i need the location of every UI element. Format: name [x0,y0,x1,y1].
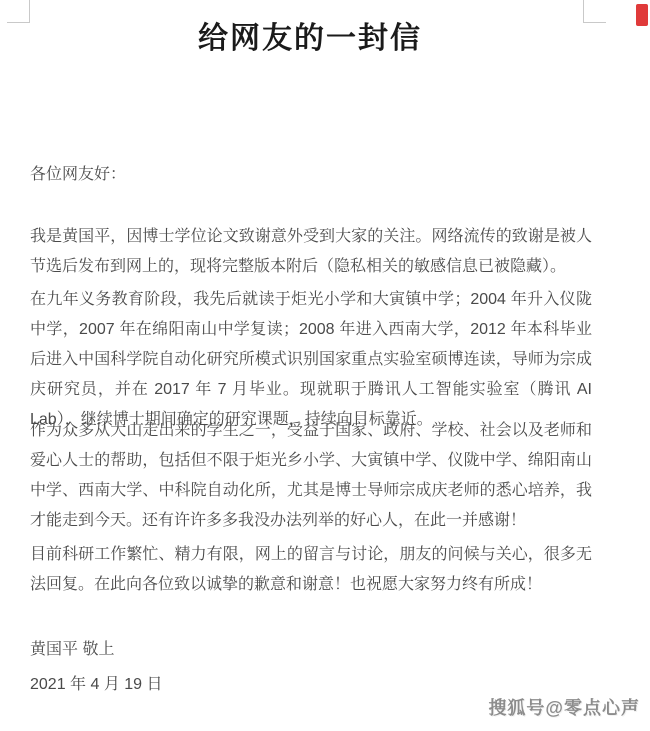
letter-greeting: 各位网友好： [30,160,592,190]
scrollbar-thumb[interactable] [636,4,648,26]
watermark-text: 搜狐号@零点心声 [488,694,640,720]
letter-paragraph-4: 目前科研工作繁忙、精力有限，网上的留言与讨论，朋友的问候与关心，很多无法回复。在… [30,540,592,600]
letter-signature: 黄国平 敬上 [30,635,592,665]
letter-paragraph-2: 在九年义务教育阶段，我先后就读于炬光小学和大寅镇中学；2004 年升入仪陇中学，… [30,285,592,435]
margin-corner-left-icon [7,0,30,23]
letter-title: 给网友的一封信 [30,20,590,58]
document-page: 给网友的一封信 各位网友好： 我是黄国平，因博士学位论文致谢意外受到大家的关注。… [0,0,650,731]
letter-paragraph-3: 作为众多从大山走出来的学生之一，受益于国家、政府、学校、社会以及老师和爱心人士的… [30,416,592,536]
letter-paragraph-1: 我是黄国平，因博士学位论文致谢意外受到大家的关注。网络流传的致谢是被人节选后发布… [30,222,592,282]
